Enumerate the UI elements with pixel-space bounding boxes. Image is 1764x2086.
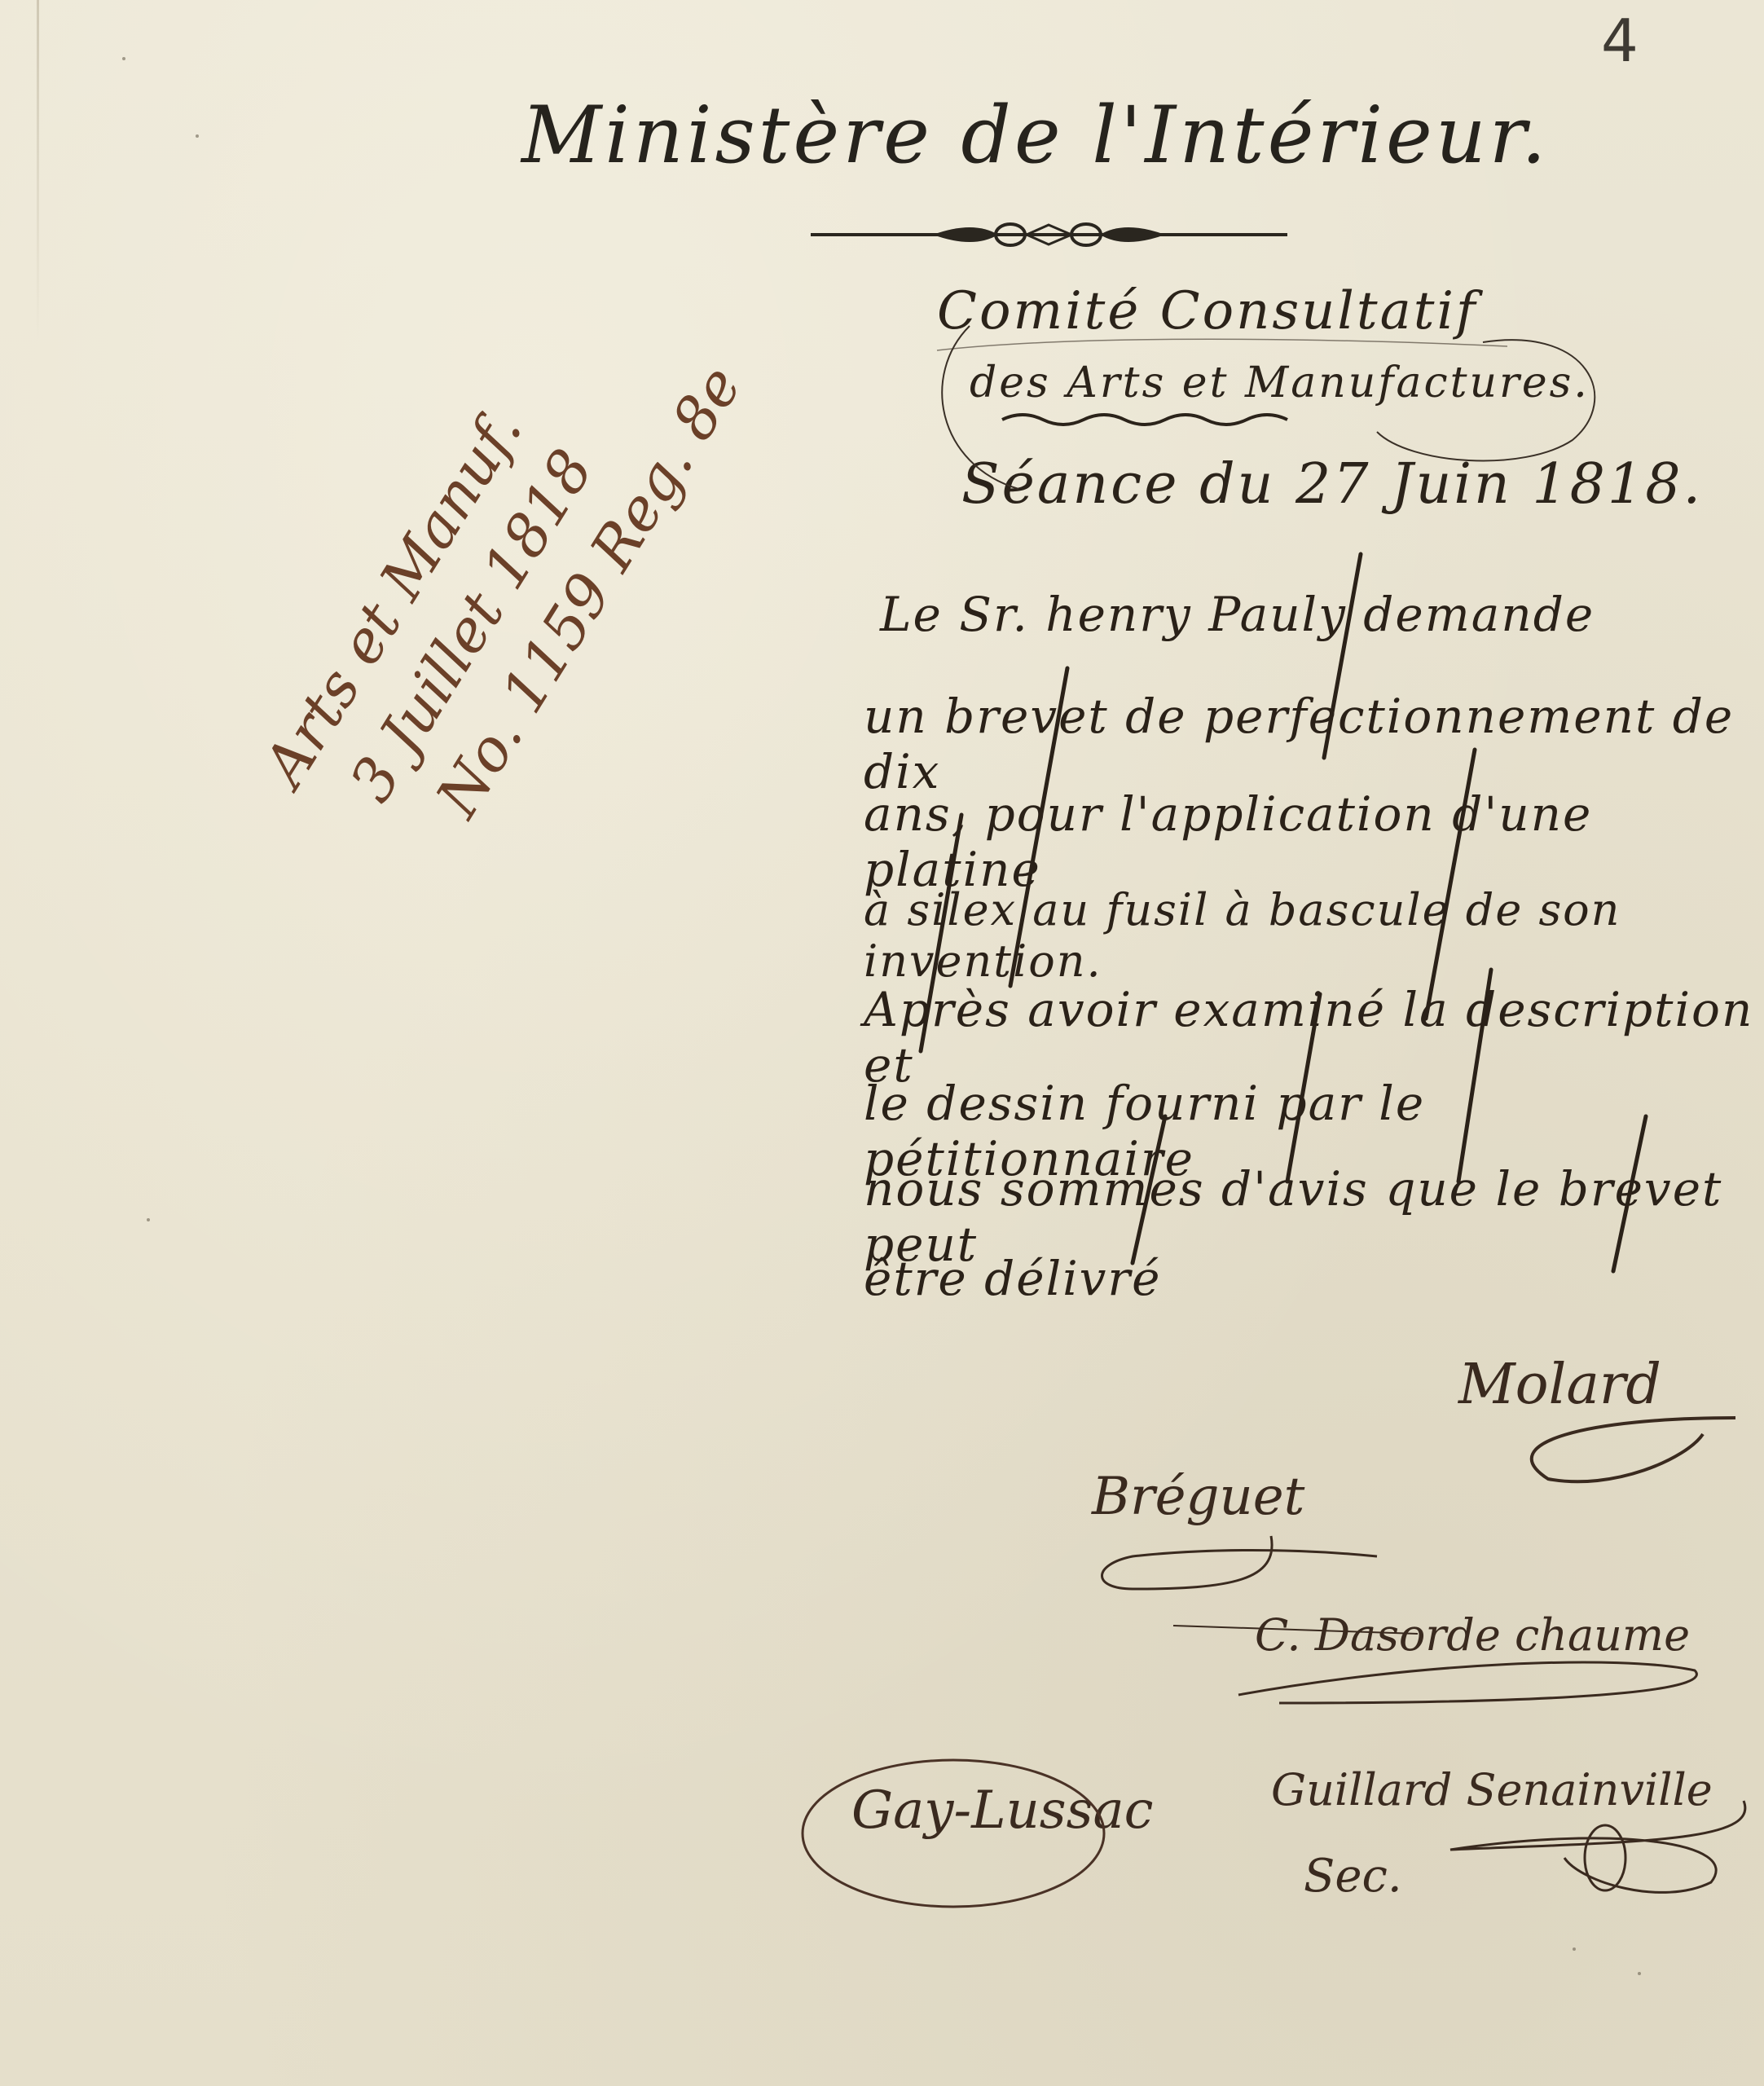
folio-number: 4 bbox=[1601, 7, 1639, 75]
signature-brenard: Bréguet bbox=[1092, 1467, 1304, 1527]
paper-speck bbox=[1638, 1972, 1641, 1975]
paper-speck bbox=[147, 1218, 150, 1221]
document-page: 4 Ministère de l'Intérieur. Comité Consu… bbox=[0, 0, 1764, 2086]
signature-flourish-icon bbox=[1344, 1402, 1752, 1499]
signature-flourish-icon bbox=[1173, 1597, 1744, 1711]
ornament-divider-icon bbox=[811, 218, 1287, 251]
heading-flourish-icon bbox=[921, 277, 1654, 505]
signature-flourish-icon bbox=[1401, 1793, 1760, 1907]
letterhead-title: Ministère de l'Intérieur. bbox=[521, 90, 1550, 181]
paper-fold-line bbox=[37, 0, 39, 342]
signature-guillard-title: Sec. bbox=[1304, 1850, 1402, 1903]
script-descenders-icon bbox=[856, 530, 1752, 1304]
signature-circle-flourish-icon bbox=[790, 1736, 1133, 1931]
paper-speck bbox=[1573, 1947, 1576, 1951]
margin-annotation: Arts et Manuf. 3 Juillet 1818 No. 1159 R… bbox=[244, 264, 760, 887]
paper-speck bbox=[122, 57, 125, 60]
paper-speck bbox=[196, 134, 199, 138]
